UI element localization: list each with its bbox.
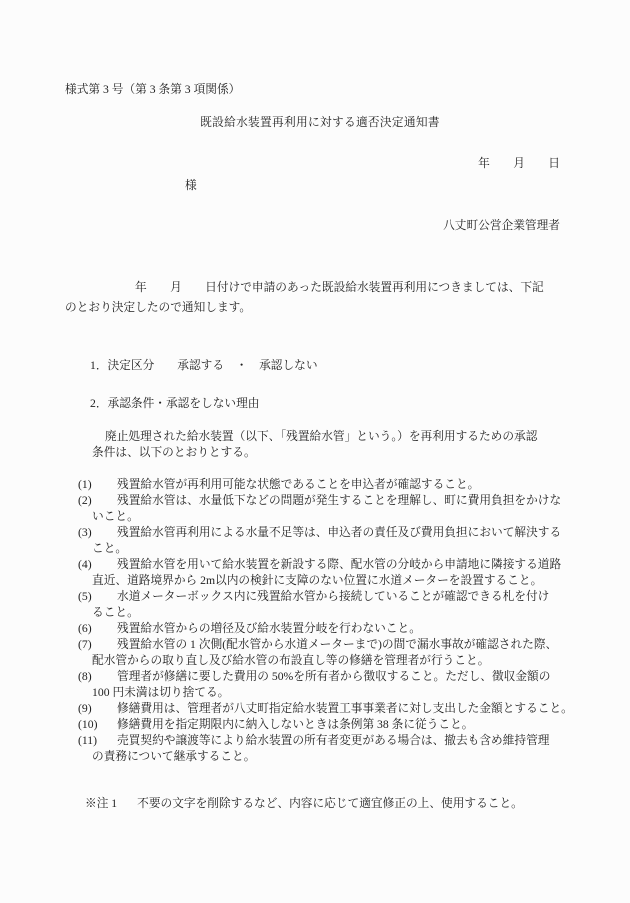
addressee-suffix: 様	[185, 178, 575, 193]
condition-item: (7)残置給水管の 1 次側(配水管から水道メーターまで)の間で漏水事故が確認さ…	[65, 637, 575, 669]
condition-number: (5)	[78, 589, 117, 605]
footnote-text: 不要の文字を削除するなど、内容に応じて適宜修正の上、使用すること。	[137, 797, 523, 810]
condition-item: (10)修繕費用を指定期限内に納入しないときは条例第 38 条に従うこと。	[65, 717, 575, 733]
condition-text: 修繕費用を指定期限内に納入しないときは条例第 38 条に従うこと。	[117, 718, 473, 731]
condition-text: 残置給水管再利用による水量不足等は、申込者の責任及び費用負担において解決する こ…	[92, 526, 561, 555]
condition-item: (5)水道メーターボックス内に残置給水管から接続していることが確認できる札を付け…	[65, 589, 575, 621]
condition-text: 残置給水管を用いて給水装置を新設する際、配水管の分岐から申請地に隣接する道路 直…	[92, 558, 561, 587]
condition-number: (4)	[78, 557, 117, 573]
condition-number: (1)	[78, 477, 117, 493]
section-1-heading: 1．決定区分	[90, 359, 154, 372]
decision-options: 承認する ・ 承認しない	[177, 359, 317, 372]
condition-text: 残置給水管からの増径及び給水装置分岐を行わないこと。	[117, 622, 421, 635]
section-2-heading: 2．承認条件・承認をしない理由	[90, 396, 575, 411]
condition-number: (2)	[78, 493, 117, 509]
condition-item: (2)残置給水管は、水量低下などの問題が発生することを理解し、町に費用負担をかけ…	[65, 493, 575, 525]
condition-item: (8)管理者が修繕に要した費用の 50%を所有者から徴収すること。ただし、徴収金…	[65, 669, 575, 701]
conditions-list: (1)残置給水管が再利用可能な状態であることを申込者が確認すること。(2)残置給…	[65, 477, 575, 765]
document-title: 既設給水装置再利用に対する適否決定通知書	[65, 115, 575, 130]
issuer-name: 八丈町公営企業管理者	[65, 218, 575, 233]
condition-number: (3)	[78, 525, 117, 541]
issue-date-line: 年 月 日	[65, 156, 575, 171]
condition-number: (7)	[78, 637, 117, 653]
section-2-lead-paragraph: 廃止処理された給水装置（以下、「残置給水管」という。）を再利用するための承認 条…	[92, 429, 575, 461]
condition-item: (9)修繕費用は、管理者が八丈町指定給水装置工事事業者に対し支出した金額とするこ…	[65, 701, 575, 717]
condition-text: 売買契約や譲渡等により給水装置の所有者変更がある場合は、撤去も含め維持管理 の責…	[92, 734, 549, 763]
intro-paragraph: 年 月 日付けで申請のあった既設給水装置再利用につきましては、下記 のとおり決定…	[65, 278, 575, 318]
condition-item: (11)売買契約や譲渡等により給水装置の所有者変更がある場合は、撤去も含め維持管…	[65, 733, 575, 765]
condition-number: (11)	[78, 733, 117, 749]
condition-text: 水道メーターボックス内に残置給水管から接続していることが確認できる札を付け るこ…	[92, 590, 549, 619]
footnote: ※注 1不要の文字を削除するなど、内容に応じて適宜修正の上、使用すること。	[85, 796, 575, 812]
condition-text: 残置給水管の 1 次側(配水管から水道メーターまで)の間で漏水事故が確認された際…	[92, 638, 557, 667]
condition-text: 残置給水管は、水量低下などの問題が発生することを理解し、町に費用負担をかけな い…	[92, 494, 561, 523]
notice-document-page: 様式第 3 号（第 3 条第 3 項関係） 既設給水装置再利用に対する適否決定通…	[0, 0, 630, 903]
condition-item: (1)残置給水管が再利用可能な状態であることを申込者が確認すること。	[65, 477, 575, 493]
condition-item: (4)残置給水管を用いて給水装置を新設する際、配水管の分岐から申請地に隣接する道…	[65, 557, 575, 589]
section-1-decision: 1．決定区分承認する ・ 承認しない	[90, 358, 575, 373]
condition-number: (8)	[78, 669, 117, 685]
condition-item: (6)残置給水管からの増径及び給水装置分岐を行わないこと。	[65, 621, 575, 637]
condition-item: (3)残置給水管再利用による水量不足等は、申込者の責任及び費用負担において解決す…	[65, 525, 575, 557]
condition-text: 管理者が修繕に要した費用の 50%を所有者から徴収すること。ただし、徴収金額の …	[92, 670, 550, 699]
condition-number: (9)	[78, 701, 117, 717]
form-number: 様式第 3 号（第 3 条第 3 項関係）	[65, 82, 575, 97]
condition-number: (6)	[78, 621, 117, 637]
condition-text: 修繕費用は、管理者が八丈町指定給水装置工事事業者に対し支出した金額とすること。	[117, 702, 573, 715]
footnote-label: ※注 1	[85, 797, 117, 810]
condition-text: 残置給水管が再利用可能な状態であることを申込者が確認すること。	[117, 478, 479, 491]
condition-number: (10)	[78, 717, 117, 733]
